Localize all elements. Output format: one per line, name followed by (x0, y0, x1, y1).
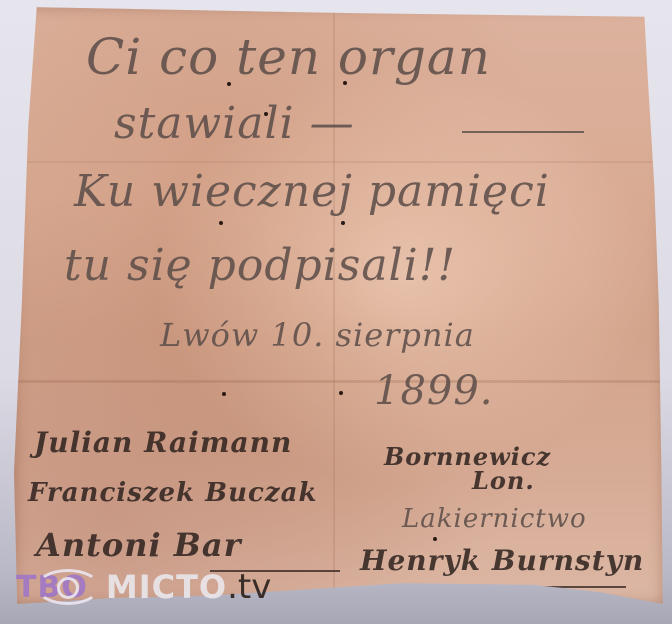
watermark-main: MICTO (106, 568, 227, 606)
fold-line-horizontal-bottom (14, 380, 664, 383)
line-4-text: tu się podpisali!! (64, 240, 456, 291)
line-6-year: 1899. (374, 368, 494, 414)
fold-line-horizontal-top (14, 161, 664, 163)
watermark-tld: .tv (227, 567, 271, 607)
signature-franciszek-buczak: Franciszek Buczak (28, 478, 318, 508)
signature-lon: Lon. (472, 466, 535, 495)
line-1-text: Ci co ten organ (86, 28, 491, 86)
dash-stroke (462, 131, 584, 133)
signature-flourish (516, 586, 626, 588)
eye-icon (36, 569, 100, 605)
line-3-text: Ku wiecznej pamięci (74, 166, 550, 217)
pinhole (222, 392, 226, 396)
pinhole (219, 221, 223, 225)
watermark-logo: TBO MICTO .tv (16, 567, 271, 607)
signature-julian-raimann: Julian Raimann (34, 426, 292, 459)
signature-henryk-burnstyn: Henryk Burnstyn (360, 544, 644, 577)
line-2-text: stawiali — (114, 98, 355, 149)
pinhole (341, 221, 345, 225)
line-5-place-date: Lwów 10. sierpnia (160, 316, 475, 354)
pinhole (433, 537, 437, 541)
fold-line-vertical (333, 6, 335, 604)
pinhole (339, 391, 343, 395)
handwritten-paper: Ci co ten organ stawiali — Ku wiecznej p… (14, 6, 664, 604)
signature-lakiernictwo: Lakiernictwo (402, 504, 587, 534)
signature-antoni-bar: Antoni Bar (36, 526, 241, 564)
